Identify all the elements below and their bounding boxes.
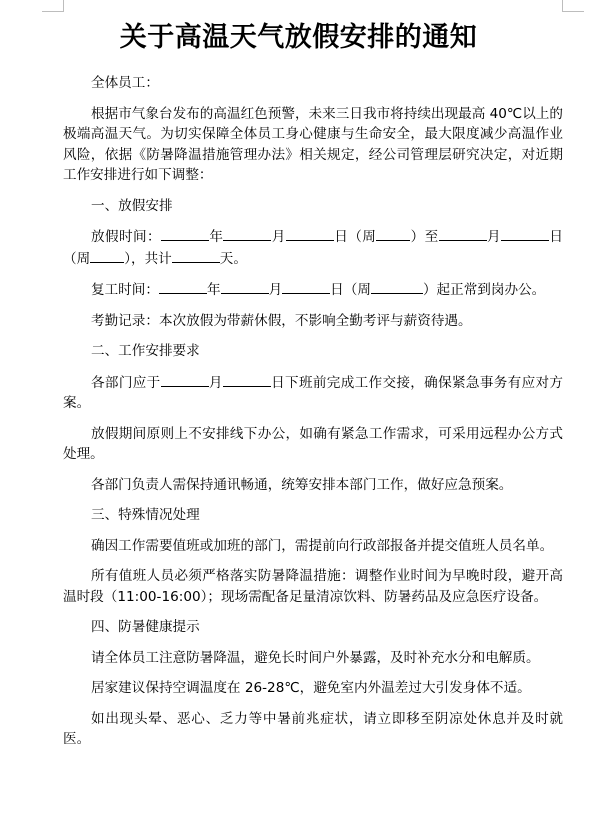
page-corner-mark-right — [562, 0, 584, 12]
holiday-month-blank[interactable] — [223, 226, 271, 241]
paragraph: 确因工作需要值班或加班的部门，需提前向行政部报备并提交值班人员名单。 — [63, 536, 563, 557]
to-label: ）至 — [410, 229, 438, 245]
holiday-label: 放假时间： — [91, 229, 161, 245]
total-label: ），共计 — [124, 251, 172, 267]
resume-day-blank[interactable] — [282, 279, 330, 294]
month-label: 月 — [271, 229, 285, 245]
salutation: 全体员工： — [63, 73, 563, 94]
holiday-end-month-blank[interactable] — [439, 226, 487, 241]
month-label: 月 — [209, 375, 223, 391]
page-corner-mark-left — [42, 0, 64, 12]
holiday-day-blank[interactable] — [286, 226, 334, 241]
resume-month-blank[interactable] — [221, 279, 269, 294]
holiday-time-field: 放假时间：年月日（周）至月日（周），共计天。 — [63, 226, 563, 269]
section-heading-4: 四、防暑健康提示 — [63, 617, 563, 638]
paragraph: 如出现头晕、恶心、乏力等中暑前兆症状，请立即移至阴凉处休息并及时就医。 — [63, 709, 563, 750]
handover-month-blank[interactable] — [161, 372, 209, 387]
day-label: 日（周 — [330, 282, 371, 298]
resume-weekday-blank[interactable] — [371, 279, 423, 294]
handover-paragraph: 各部门应于月日下班前完成工作交接，确保紧急事务有应对方案。 — [63, 372, 563, 414]
holiday-year-blank[interactable] — [161, 226, 209, 241]
month-label: 月 — [269, 282, 283, 298]
holiday-total-days-blank[interactable] — [172, 248, 220, 263]
day-label: 日（周 — [334, 229, 376, 245]
intro-paragraph: 根据市气象台发布的高温红色预警，未来三日我市将持续出现最高 40℃以上的极端高温… — [63, 104, 563, 186]
handover-day-blank[interactable] — [223, 372, 271, 387]
section-heading-3: 三、特殊情况处理 — [63, 505, 563, 526]
month-label: 月 — [487, 229, 501, 245]
document-body: 全体员工： 根据市气象台发布的高温红色预警，未来三日我市将持续出现最高 40℃以… — [63, 73, 563, 760]
resume-year-blank[interactable] — [159, 279, 207, 294]
paragraph: 放假期间原则上不安排线下办公，如确有紧急工作需求，可采用远程办公方式处理。 — [63, 424, 563, 465]
resume-time-field: 复工时间：年月日（周）起正常到岗办公。 — [63, 279, 563, 301]
attendance-note: 考勤记录：本次放假为带薪休假，不影响全勤考评与薪资待遇。 — [63, 311, 563, 332]
resume-suffix: ）起正常到岗办公。 — [423, 282, 545, 298]
resume-label: 复工时间： — [91, 282, 159, 298]
paragraph: 居家建议保持空调温度在 26-28℃，避免室内外温差过大引发身体不适。 — [63, 678, 563, 699]
section-heading-1: 一、放假安排 — [63, 196, 563, 217]
year-label: 年 — [207, 282, 221, 298]
handover-prefix: 各部门应于 — [91, 375, 161, 391]
holiday-end-weekday-blank[interactable] — [90, 248, 124, 263]
paragraph: 所有值班人员必须严格落实防暑降温措施：调整作业时间为早晚时段，避开高温时段（11… — [63, 566, 563, 607]
holiday-end-day-blank[interactable] — [501, 226, 549, 241]
paragraph: 请全体员工注意防暑降温，避免长时间户外暴露，及时补充水分和电解质。 — [63, 648, 563, 669]
section-heading-2: 二、工作安排要求 — [63, 341, 563, 362]
paragraph: 各部门负责人需保持通讯畅通，统筹安排本部门工作，做好应急预案。 — [63, 475, 563, 496]
document-title: 关于高温天气放假安排的通知 — [0, 18, 597, 58]
days-label: 天。 — [220, 251, 247, 267]
year-label: 年 — [209, 229, 223, 245]
holiday-weekday-blank[interactable] — [376, 226, 410, 241]
